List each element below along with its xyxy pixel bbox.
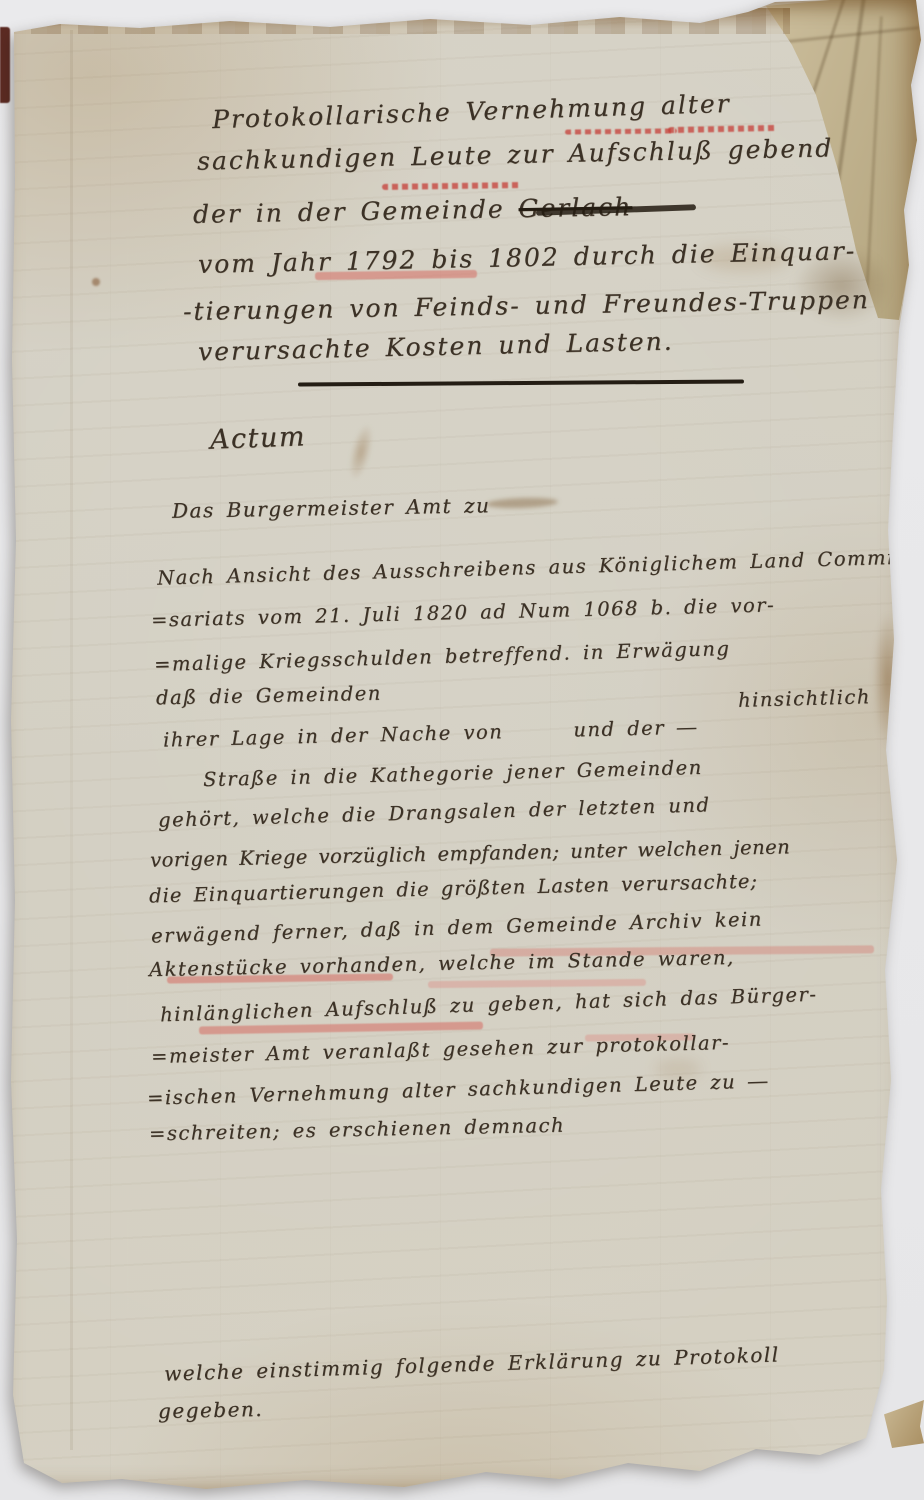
torn-top-edge xyxy=(0,8,790,34)
red-underline-mark xyxy=(565,128,677,134)
body-line: hinlänglichen Aufschluß zu geben, hat si… xyxy=(160,983,818,1027)
body-line: =meister Amt veranlaßt gesehen zur proto… xyxy=(151,1031,730,1068)
body-line: =ischen Vernehmung alter sachkundigen Le… xyxy=(147,1069,769,1109)
body-line: =sariats vom 21. Juli 1820 ad Num 1068 b… xyxy=(151,593,776,631)
heading-line: vom Jahr 1792 bis 1802 durch die Einquar… xyxy=(198,236,857,279)
heading-line: -tierungen von Feinds- und Freundes-Trup… xyxy=(183,285,870,326)
body-line: =schreiten; es erschienen demnach xyxy=(149,1114,565,1146)
closing-line: gegeben. xyxy=(158,1397,264,1423)
red-pencil-annotation xyxy=(382,182,522,190)
body-line: Straße in die Kathegorie jener Gemeinden xyxy=(203,756,703,791)
torn-right-edge-stain xyxy=(868,590,908,770)
heading-line: verursachte Kosten und Lasten. xyxy=(198,327,674,367)
vertical-fold-crease xyxy=(70,30,73,1450)
ink-smudge xyxy=(339,411,383,493)
body-line: Nach Ansicht des Ausschreibens aus König… xyxy=(157,545,915,589)
crumpled-corner xyxy=(0,0,924,1500)
fox-spot xyxy=(92,278,100,286)
heading-line: sachkundigen Leute zur Aufschluß gebend xyxy=(197,133,834,175)
red-underline-mark xyxy=(668,125,778,133)
ink-smudge xyxy=(486,497,558,510)
body-line: Aktenstücke vorhanden, welche im Stande … xyxy=(149,946,735,981)
body-line: vorigen Kriege vorzüglich empfanden; unt… xyxy=(150,835,791,871)
body-line: =malige Kriegsschulden betreffend. in Er… xyxy=(154,637,731,676)
paper-shadow-wrap: Protokollarische Vernehmung alter sachku… xyxy=(0,0,924,1500)
body-line: gehört, welche die Drangsalen der letzte… xyxy=(158,793,711,831)
crease-line xyxy=(770,26,919,45)
body-line: daß die Gemeinden xyxy=(156,682,382,710)
actum-label: Actum xyxy=(209,421,306,455)
heading-line: Protokollarische Vernehmung alter xyxy=(212,89,731,134)
edge-discoloration xyxy=(0,0,924,1500)
body-line: die Einquartierungen die größten Lasten … xyxy=(149,870,758,908)
body-line: erwägend ferner, daß in dem Gemeinde Arc… xyxy=(151,907,763,947)
closing-line: welche einstimmig folgende Erklärung zu … xyxy=(164,1342,780,1385)
laid-paper-texture xyxy=(0,0,924,1500)
manuscript-page: Protokollarische Vernehmung alter sachku… xyxy=(0,0,924,1500)
heading-underline-rule xyxy=(298,379,744,386)
red-underline-mark xyxy=(428,979,646,988)
heading-line-prefix: der in der Gemeinde xyxy=(193,194,519,229)
photo-of-manuscript: Protokollarische Vernehmung alter sachku… xyxy=(0,0,924,1500)
body-line: ihrer Lage in der Nache von und der ― xyxy=(163,715,698,751)
salutation-line: Das Burgermeister Amt zu xyxy=(172,493,491,523)
body-line: hinsichtlich xyxy=(738,685,871,712)
